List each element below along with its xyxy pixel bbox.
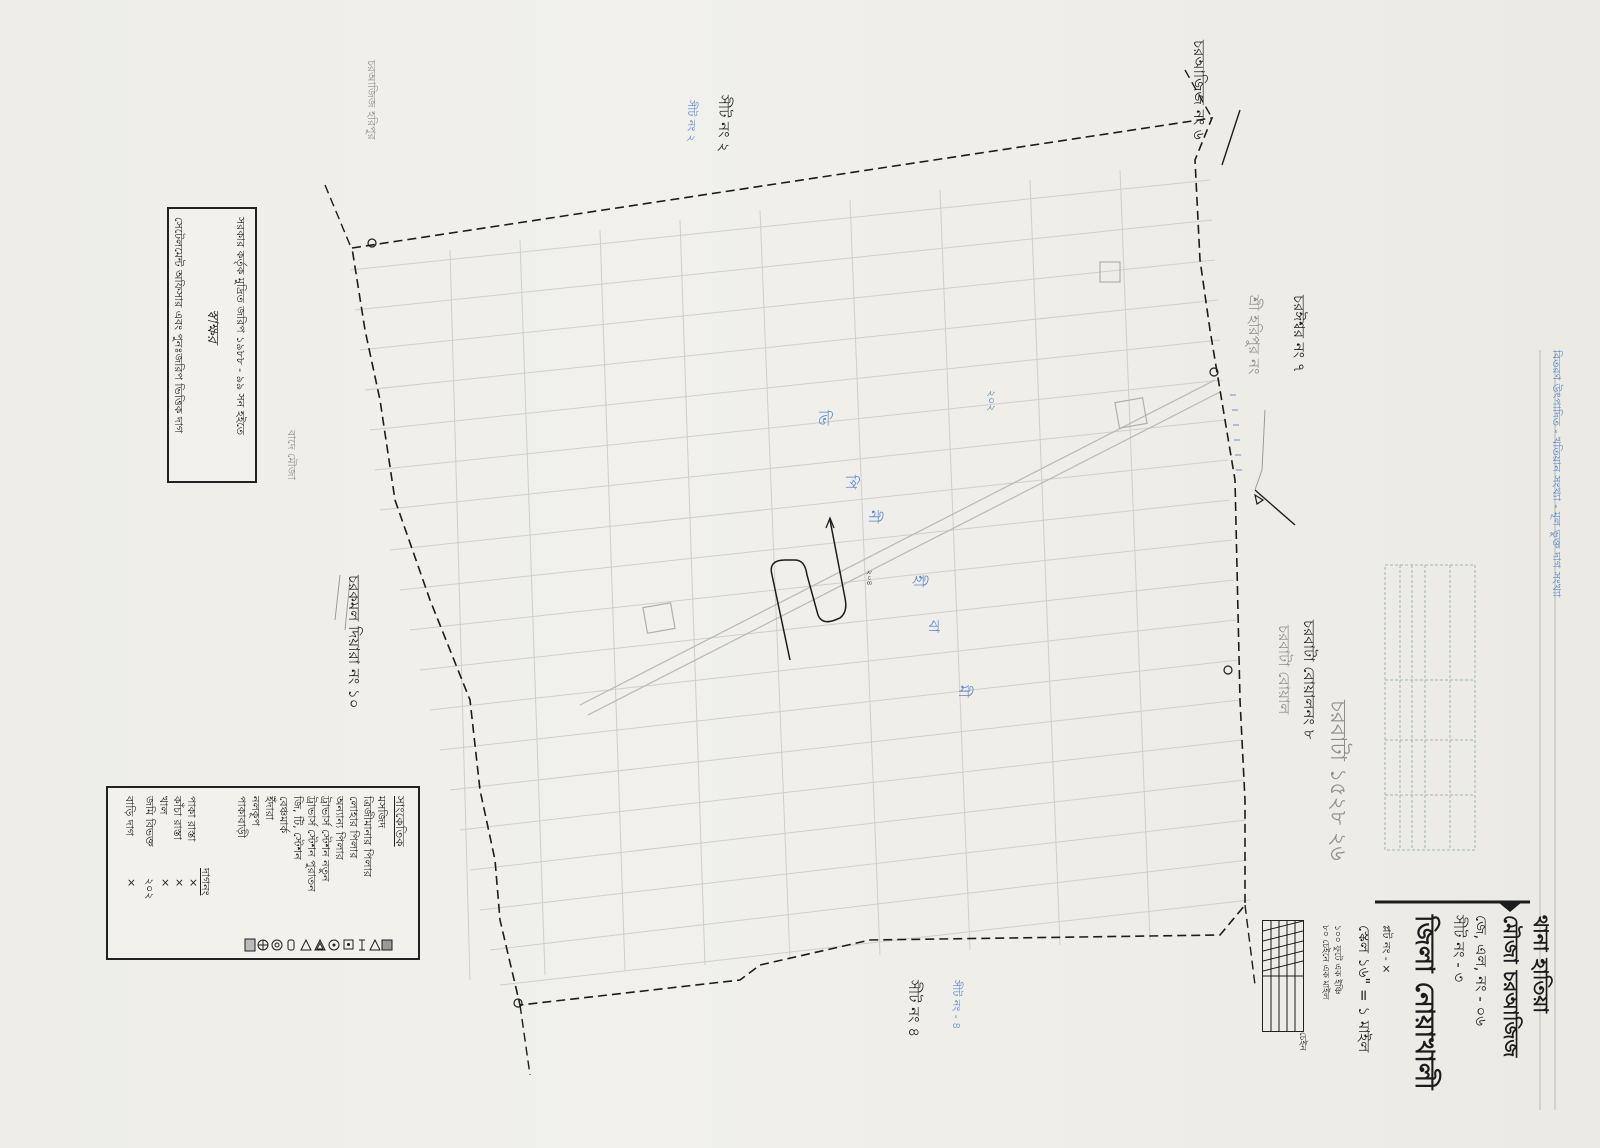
legend-subitem: বাড়ি দাগ [119,796,138,836]
legend-symbols [108,918,418,954]
label-sheet-4: সীট নং ৪ [900,980,925,1037]
title-thana: থানা হাতিয়া [1522,915,1555,1013]
label-sheet-2-blue: সীট নং ২ [681,100,700,142]
label-right-lower-pencil: চরবাটা বোয়াল [1270,625,1295,714]
blue-annotation: বা [920,620,945,633]
scale-bar-label: চেইন [1295,1032,1310,1051]
pencil-note: বাদে মৌজা [281,430,300,480]
mouza-boundary [352,118,1245,1005]
triangle-icon [370,940,380,950]
right-margin-note: বিতরণ উৎপাদিত - খতিয়ান সংখ্যা - মূল ভুক… [1546,350,1565,597]
plot-number: ২০২ [981,390,1000,411]
pencil-note-large: চরবাটা ১৫২৮ ২৬ [1318,700,1355,861]
title-district: জিলা নোয়াখালী [1401,915,1445,1090]
pencil-note: চরআজিজ হরিপুর [361,60,380,140]
plot-number: ২০৪ [862,570,875,586]
gt-station-icon [301,940,311,950]
label-adjacent-left: চরকমল দিয়ারা নং ১০ [340,575,365,709]
road [580,380,1220,715]
parcel-lines [350,170,1250,985]
legend-item: পাকাবাড়ী [231,796,250,838]
legend-title: সাংকেতিক [388,796,408,847]
ponds [643,262,1147,633]
traverse-old-icon [315,940,325,950]
blue-annotation: মী [950,685,975,698]
title-plot-range: প্লট নং - × [1376,925,1395,973]
iron-pillar-icon [359,940,365,950]
benchmark-icon [288,940,294,950]
cert-line-1: সরকার কর্তৃক মুদ্রিত জরিপ ১৯৮৮ - ৯৯ সন হ… [230,217,249,435]
mosque-symbol-icon [382,940,392,950]
blue-annotation: নী [860,510,885,523]
title-mouza: মৌজা চরআজিজ [1492,915,1525,1057]
blue-annotation: ভি [810,410,835,425]
s-curve-arrow [771,520,846,660]
title-scale: স্কেল ১৬" = ১ মাইল [1350,925,1375,1053]
title-scale-note-2: ৮০ চেইনে এক মাইল [1318,925,1333,1000]
label-sheet-2: সীট নং ২ [710,95,735,152]
area-table [1385,565,1475,850]
title-sheet-no: সীট নং - ৩ [1445,915,1470,982]
label-adjacent-top-right: চরআজিজ নং ৬ [1185,40,1210,140]
scale-bar [1262,920,1304,1032]
cert-signature: স্বাক্ষর [199,309,224,343]
label-adjacent-right-upper: চরঈশ্বর নং ৭ [1285,295,1310,373]
legend-subitem-value: × [125,878,138,887]
survey-ticks [1230,395,1242,470]
label-right-upper-pencil: শ্রী হরিপুর নং [1240,295,1265,374]
legend-subitem-value: × [159,878,172,887]
legend-box: সাংকেতিক মসজিদ ত্রিজীমানার পিলার লোহার প… [106,786,420,960]
pucca-house-icon [245,939,255,951]
legend-subitem: জমি বিভক্ত [139,796,158,847]
certification-box: সরকার কর্তৃক মুদ্রিত জরিপ ১৯৮৮ - ৯৯ সন হ… [167,207,257,483]
blue-annotation: পি [837,475,862,489]
legend-subitem-value: × [187,878,200,887]
label-sheet-4-blue: সীট নং - ৪ [946,980,965,1029]
legend-subitem-value: ২০২ [139,878,158,899]
legend-subitem-value: × [173,878,186,887]
blue-annotation: হী [905,575,930,587]
label-adjacent-right-lower: চরবাটা বোয়ালনং ৮ [1295,620,1320,739]
map-sheet: সরকার কর্তৃক মুদ্রিত জরিপ ১৯৮৮ - ৯৯ সন হ… [0,0,1600,1148]
title-js-no: জে, এল, নং - ০৬ [1467,915,1492,1026]
cert-line-2: সেটেলমেন্ট অফিসার এবং পুনঃজরিপ ভিত্তিক দ… [168,217,187,433]
well-icon [272,940,282,950]
